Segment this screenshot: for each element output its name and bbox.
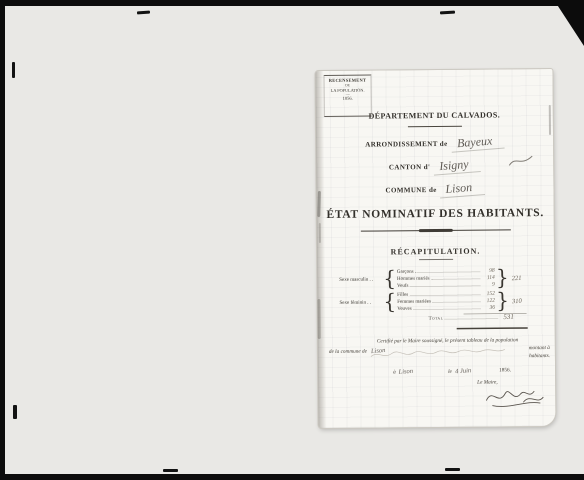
row-label: Femmes mariées [397, 299, 431, 305]
recap-table: Sexe masculin . . { Garçons98 Hommes mar… [339, 267, 536, 335]
maire-label: Le Maire, [477, 379, 498, 385]
recap-heading-rule [419, 259, 453, 260]
title-divider [360, 229, 510, 231]
film-mark-bottom-right [445, 468, 460, 471]
male-group-label: Sexe masculin . . [339, 276, 383, 282]
brace-open: { [383, 291, 396, 312]
arrondissement-row: ARRONDISSEMENT deBayeux [316, 132, 553, 152]
film-corner-wedge [554, 0, 584, 46]
pen-flourish-icon [508, 153, 534, 169]
film-mark-top-right [440, 11, 455, 15]
dot-leader [410, 286, 481, 287]
film-edge-left [0, 0, 5, 480]
row-label: Filles [397, 292, 408, 298]
recap-row: Veuves36 [397, 304, 495, 312]
dot-leader [415, 272, 480, 273]
film-mark-left-upper [12, 62, 15, 78]
row-label: Garçons [397, 269, 414, 275]
female-group-label: Sexe féminin . . [339, 299, 383, 305]
date-handwritten: 4 Juin [455, 366, 472, 375]
film-mark-bottom-left [163, 469, 178, 472]
recap-heading: RÉCAPITULATION. [317, 246, 554, 257]
dot-leader [431, 279, 480, 280]
dot-leader [413, 309, 481, 310]
commune-label: COMMUNE de [385, 186, 436, 194]
brace-open: { [383, 268, 396, 289]
document-page: RECENSEMENT DE LA POPULATION. — 1856. DÉ… [315, 69, 555, 428]
brace-close: } [496, 267, 509, 288]
total-label: Total [429, 315, 444, 321]
montant-label: montant à [529, 345, 550, 351]
row-label: Veufs [397, 283, 408, 289]
stamp-year: 1856. [325, 96, 371, 101]
dot-leader [410, 295, 481, 296]
male-subtotal: 221 [511, 273, 528, 282]
film-mark-top-left [137, 11, 150, 15]
brace-close: } [496, 290, 509, 311]
row-value: 114 [482, 274, 495, 281]
date-line: le4 Juin [448, 367, 471, 375]
place-line: àLison [393, 367, 413, 375]
recap-row: Veufs9 [397, 281, 495, 289]
certification-line: Certifié par le Maire soussigné, le prés… [351, 337, 544, 344]
total-value: 531 [499, 313, 517, 322]
census-stamp: RECENSEMENT DE LA POPULATION. — 1856. [323, 75, 371, 117]
film-edge-top [0, 0, 584, 6]
page-title: ÉTAT NOMINATIF DES HABITANTS. [317, 207, 554, 221]
commune-value: Lison [439, 179, 485, 198]
date-prefix: le [448, 369, 452, 375]
female-subtotal: 310 [512, 296, 529, 305]
canton-label: CANTON d' [389, 163, 430, 171]
row-value: 9 [482, 281, 495, 288]
arrondissement-label: ARRONDISSEMENT de [365, 140, 447, 149]
place-prefix: à [393, 369, 396, 375]
year-printed: 1856. [499, 367, 511, 373]
total-rule-thick [457, 327, 528, 329]
place-handwritten: Lison [398, 367, 413, 376]
dot-leader [432, 302, 480, 303]
page-edge-mark [317, 299, 320, 339]
canton-value: Isigny [433, 156, 481, 176]
row-label: Hommes mariés [397, 276, 430, 282]
total-row: Total531 [429, 313, 518, 322]
row-value: 152 [482, 290, 495, 297]
habitants-label: habitants. [529, 353, 550, 359]
certification-block: Certifié par le Maire soussigné, le prés… [324, 337, 551, 424]
row-value: 36 [482, 304, 495, 311]
film-edge-bottom [0, 474, 584, 480]
film-mark-left-lower [13, 405, 17, 419]
heading-rule [407, 126, 461, 127]
handwritten-scrawl [369, 345, 519, 363]
dot-leader [445, 318, 498, 319]
row-label: Veuves [397, 306, 411, 312]
maire-signature [483, 385, 545, 409]
microfilm-frame: RECENSEMENT DE LA POPULATION. — 1856. DÉ… [0, 0, 584, 480]
stamp-title: RECENSEMENT [325, 78, 371, 83]
row-value: 122 [482, 297, 495, 304]
commune-row: COMMUNE deLison [316, 178, 553, 198]
row-value: 98 [482, 267, 495, 274]
recap-male-group: Sexe masculin . . { Garçons98 Hommes mar… [339, 267, 535, 290]
department-heading: DÉPARTEMENT DU CALVADOS. [316, 110, 553, 121]
commune-prefix: de la commune de [329, 349, 367, 355]
arrondissement-value: Bayeux [450, 133, 504, 153]
page-edge-mark [319, 223, 321, 243]
recap-female-group: Sexe féminin . . { Filles152 Femmes mari… [339, 290, 535, 313]
